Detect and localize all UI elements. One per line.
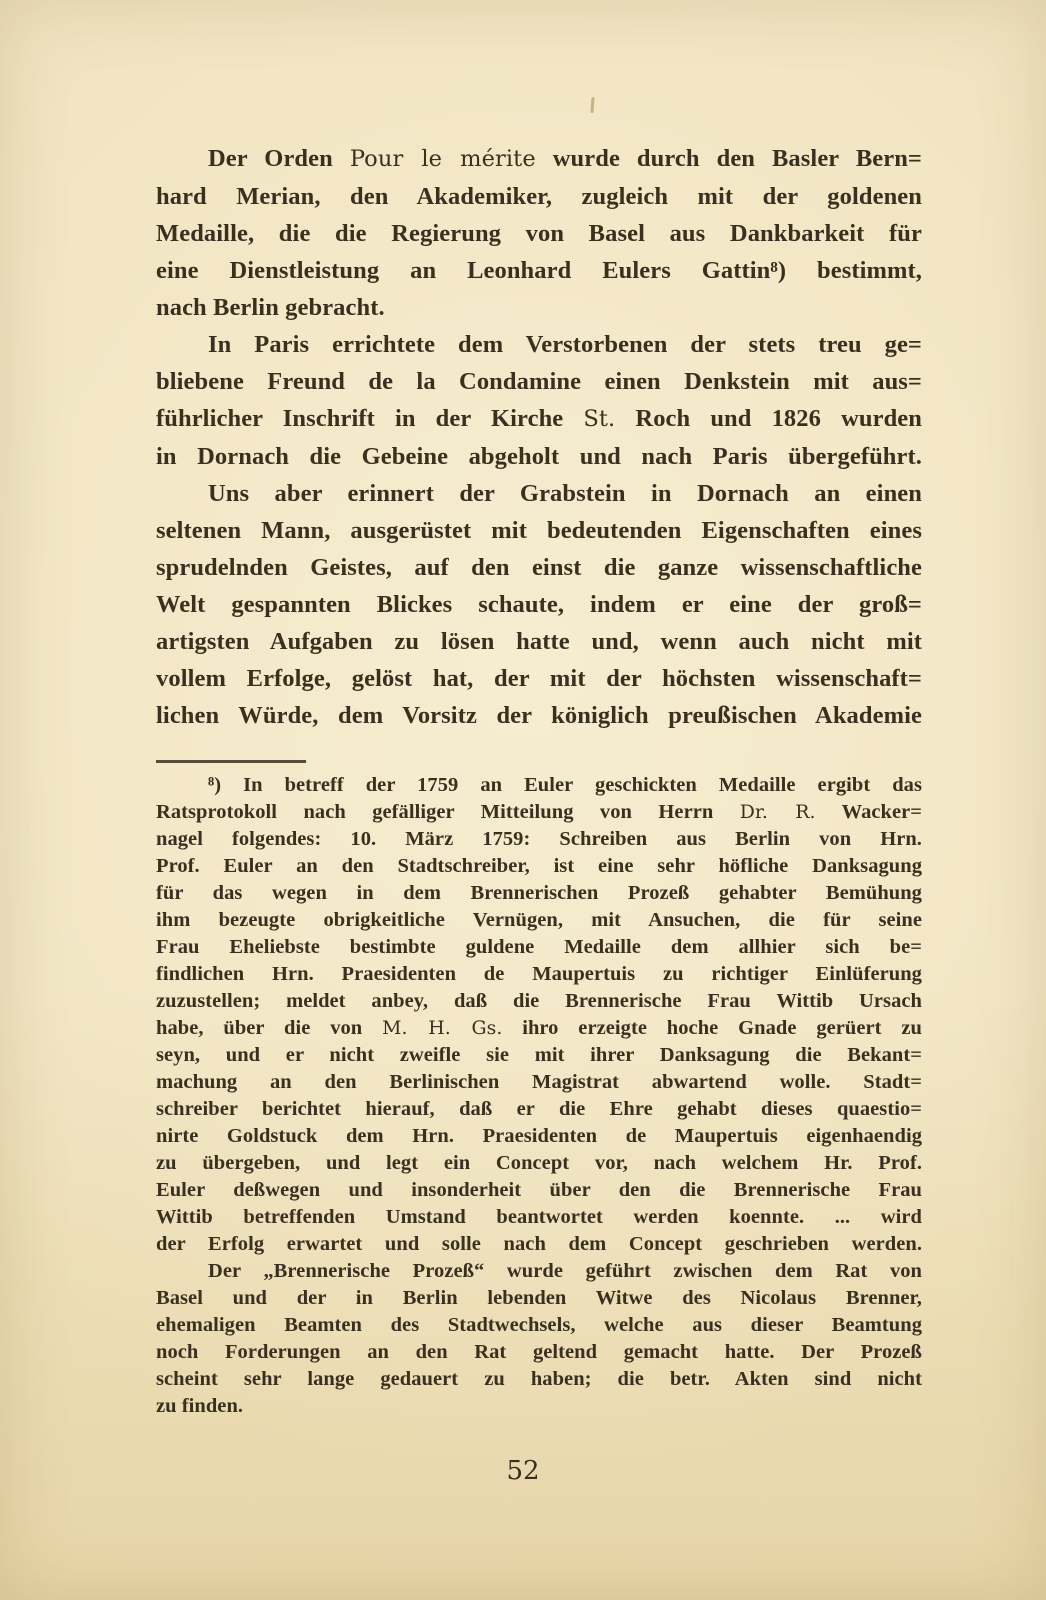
fraktur-text: hard Merian, den Akademiker, zugleich mi… [156, 183, 922, 210]
fraktur-text: vollem Erfolge, gelöst hat, der mit der … [156, 665, 922, 692]
fraktur-text: eine Dienstleistung an Leonhard Eulers G… [156, 257, 922, 284]
text-line: sprudelnden Geistes, auf den einst die g… [156, 549, 922, 586]
fraktur-text: seltenen Mann, ausgerüstet mit bedeutend… [156, 517, 922, 544]
text-line: scheint sehr lange gedauert zu haben; di… [156, 1366, 922, 1393]
text-line: nagel folgendes: 10. März 1759: Schreibe… [156, 826, 922, 853]
fraktur-text: wurde durch den Basler Bern= [536, 145, 922, 172]
fraktur-text: noch Forderungen an den Rat geltend gema… [156, 1341, 922, 1363]
fraktur-text: in Dornach die Gebeine abgeholt und nach… [156, 443, 922, 470]
text-line: Frau Eheliebste bestimbte guldene Medail… [156, 934, 922, 961]
text-line: ⁸) In betreff der 1759 an Euler geschick… [156, 772, 922, 799]
scan-artifact-mark [590, 97, 594, 113]
text-line: nirte Goldstuck dem Hrn. Praesidenten de… [156, 1123, 922, 1150]
text-line: bliebene Freund de la Condamine einen De… [156, 363, 922, 400]
page-number: 52 [0, 1455, 1046, 1487]
text-line: machung an den Berlinischen Magistrat ab… [156, 1069, 922, 1096]
fraktur-text: zu übergeben, und legt ein Concept vor, … [156, 1152, 922, 1174]
fraktur-text: ihm bezeugte obrigkeitliche Vernügen, mi… [156, 909, 922, 931]
fraktur-text: Wacker= [816, 801, 922, 823]
fraktur-text: Welt gespannten Blickes schaute, indem e… [156, 591, 922, 618]
paragraph: Uns aber erinnert der Grabstein in Dorna… [156, 475, 922, 734]
fraktur-text: Frau Eheliebste bestimbte guldene Medail… [156, 936, 922, 958]
text-line: nach Berlin gebracht. [156, 289, 922, 326]
text-line: seyn, und er nicht zweifle sie mit ihrer… [156, 1042, 922, 1069]
text-line: der Erfolg erwartet und solle nach dem C… [156, 1231, 922, 1258]
fraktur-text: nagel folgendes: 10. März 1759: Schreibe… [156, 828, 922, 850]
text-line: Wittib betreffenden Umstand beantwortet … [156, 1204, 922, 1231]
fraktur-text: nach Berlin gebracht. [156, 294, 385, 321]
text-line: Welt gespannten Blickes schaute, indem e… [156, 586, 922, 623]
fraktur-text: Basel und der in Berlin lebenden Witwe d… [156, 1287, 922, 1309]
text-line: hard Merian, den Akademiker, zugleich mi… [156, 178, 922, 215]
fraktur-text: bliebene Freund de la Condamine einen De… [156, 368, 922, 395]
text-line: findlichen Hrn. Praesidenten de Maupertu… [156, 961, 922, 988]
fraktur-text: findlichen Hrn. Praesidenten de Maupertu… [156, 963, 922, 985]
paragraph: ⁸) In betreff der 1759 an Euler geschick… [156, 772, 922, 1258]
fraktur-text: der Erfolg erwartet und solle nach dem C… [156, 1233, 922, 1255]
fraktur-text: Medaille, die die Regierung von Basel au… [156, 220, 922, 247]
text-line: ehemaligen Beamten des Stadtwechsels, we… [156, 1312, 922, 1339]
fraktur-text: Uns aber erinnert der Grabstein in Dorna… [208, 480, 922, 507]
fraktur-text: Roch und 1826 wurden [615, 405, 922, 432]
fraktur-text: Euler deßwegen und insonderheit über den… [156, 1179, 922, 1201]
fraktur-text: Der „Brennerische Prozeß“ wurde geführt … [208, 1260, 922, 1282]
antiqua-text: Pour le mérite [350, 146, 536, 172]
fraktur-text: artigsten Aufgaben zu lösen hatte und, w… [156, 628, 922, 655]
paragraph: Der Orden Pour le mérite wurde durch den… [156, 140, 922, 326]
fraktur-text: ⁸) In betreff der 1759 an Euler geschick… [208, 774, 922, 796]
fraktur-text: habe, über die von [156, 1017, 382, 1039]
fraktur-text: sprudelnden Geistes, auf den einst die g… [156, 554, 922, 581]
fraktur-text: Der Orden [208, 145, 350, 172]
fraktur-text: führlicher Inschrift in der Kirche [156, 405, 583, 432]
text-line: habe, über die von M. H. Gs. ihro erzeig… [156, 1015, 922, 1042]
text-line: noch Forderungen an den Rat geltend gema… [156, 1339, 922, 1366]
text-line: Ratsprotokoll nach gefälliger Mitteilung… [156, 799, 922, 826]
antiqua-text: M. H. Gs. [382, 1017, 502, 1039]
paragraph: Der „Brennerische Prozeß“ wurde geführt … [156, 1258, 922, 1420]
fraktur-text: Ratsprotokoll nach gefälliger Mitteilung… [156, 801, 740, 823]
text-line: Uns aber erinnert der Grabstein in Dorna… [156, 475, 922, 512]
book-page-scan: Der Orden Pour le mérite wurde durch den… [0, 0, 1046, 1600]
fraktur-text: Wittib betreffenden Umstand beantwortet … [156, 1206, 922, 1228]
text-line: lichen Würde, dem Vorsitz der königlich … [156, 697, 922, 734]
text-line: Der Orden Pour le mérite wurde durch den… [156, 140, 922, 178]
fraktur-text: für das wegen in dem Brennerischen Proze… [156, 882, 922, 904]
antiqua-text: St. [583, 406, 615, 432]
text-line: artigsten Aufgaben zu lösen hatte und, w… [156, 623, 922, 660]
text-line: Der „Brennerische Prozeß“ wurde geführt … [156, 1258, 922, 1285]
text-line: ihm bezeugte obrigkeitliche Vernügen, mi… [156, 907, 922, 934]
footnote-rule [156, 760, 306, 763]
fraktur-text: ihro erzeigte hoche Gnade gerüert zu [502, 1017, 922, 1039]
text-line: eine Dienstleistung an Leonhard Eulers G… [156, 252, 922, 289]
fraktur-text: scheint sehr lange gedauert zu haben; di… [156, 1368, 922, 1390]
text-line: seltenen Mann, ausgerüstet mit bedeutend… [156, 512, 922, 549]
fraktur-text: Prof. Euler an den Stadtschreiber, ist e… [156, 855, 922, 877]
paragraph: In Paris errichtete dem Verstorbenen der… [156, 326, 922, 475]
fraktur-text: In Paris errichtete dem Verstorbenen der… [208, 331, 922, 358]
fraktur-text: schreiber berichtet hierauf, daß er die … [156, 1098, 922, 1120]
text-line: zu übergeben, und legt ein Concept vor, … [156, 1150, 922, 1177]
fraktur-text: nirte Goldstuck dem Hrn. Praesidenten de… [156, 1125, 922, 1147]
fraktur-text: zu finden. [156, 1395, 243, 1417]
text-line: schreiber berichtet hierauf, daß er die … [156, 1096, 922, 1123]
fraktur-text: zuzustellen; meldet anbey, daß die Brenn… [156, 990, 922, 1012]
fraktur-text: seyn, und er nicht zweifle sie mit ihrer… [156, 1044, 922, 1066]
body-text: Der Orden Pour le mérite wurde durch den… [156, 140, 922, 734]
text-line: führlicher Inschrift in der Kirche St. R… [156, 400, 922, 438]
text-line: Euler deßwegen und insonderheit über den… [156, 1177, 922, 1204]
fraktur-text: machung an den Berlinischen Magistrat ab… [156, 1071, 922, 1093]
text-line: in Dornach die Gebeine abgeholt und nach… [156, 438, 922, 475]
text-line: zuzustellen; meldet anbey, daß die Brenn… [156, 988, 922, 1015]
text-line: für das wegen in dem Brennerischen Proze… [156, 880, 922, 907]
fraktur-text: ehemaligen Beamten des Stadtwechsels, we… [156, 1314, 922, 1336]
text-line: zu finden. [156, 1393, 922, 1420]
antiqua-text: Dr. R. [740, 801, 816, 823]
text-line: Medaille, die die Regierung von Basel au… [156, 215, 922, 252]
text-line: vollem Erfolge, gelöst hat, der mit der … [156, 660, 922, 697]
footnote: ⁸) In betreff der 1759 an Euler geschick… [156, 772, 922, 1420]
text-line: Prof. Euler an den Stadtschreiber, ist e… [156, 853, 922, 880]
text-line: In Paris errichtete dem Verstorbenen der… [156, 326, 922, 363]
text-line: Basel und der in Berlin lebenden Witwe d… [156, 1285, 922, 1312]
fraktur-text: lichen Würde, dem Vorsitz der königlich … [156, 702, 922, 729]
